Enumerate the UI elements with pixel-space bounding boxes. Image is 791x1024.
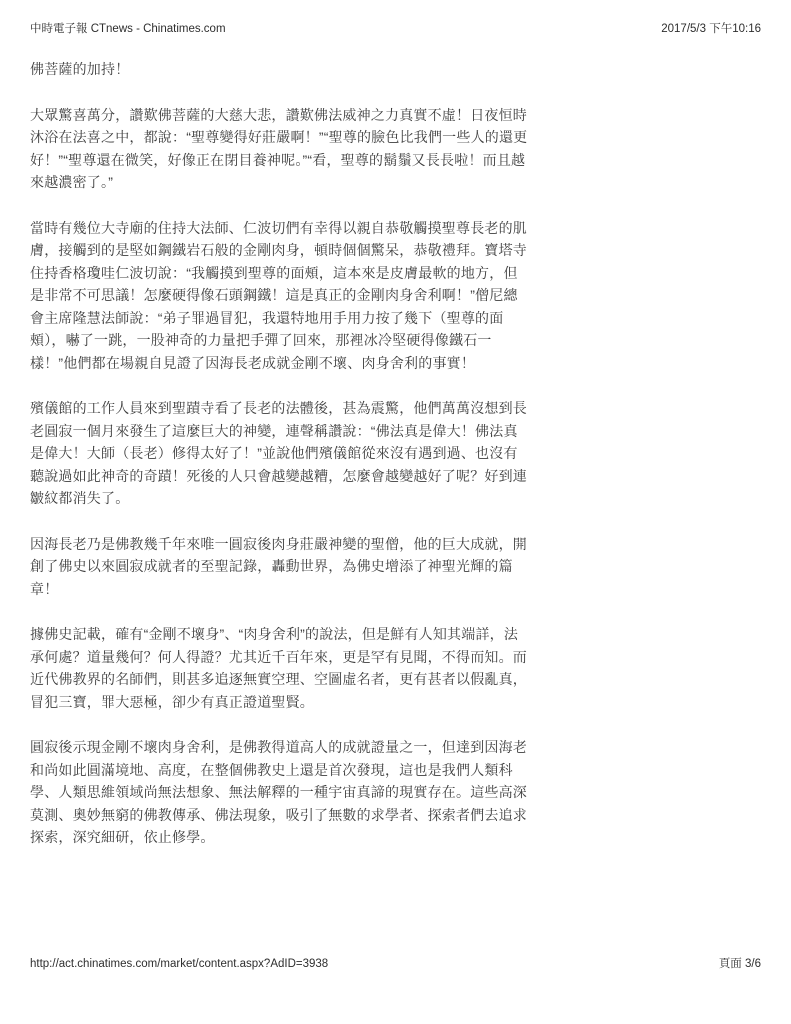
print-footer: http://act.chinatimes.com/market/content…: [30, 955, 761, 971]
print-timestamp: 2017/5/3 下午10:16: [661, 20, 761, 36]
article-paragraph: 殯儀館的工作人員來到聖蹟寺看了長老的法體後，甚為震驚，他們萬萬沒想到長老圓寂一個…: [30, 397, 529, 510]
article-paragraph: 圓寂後示現金剛不壞肉身舍利，是佛教得道高人的成就證量之一，但達到因海老和尚如此圓…: [30, 736, 529, 849]
print-header: 中時電子報 CTnews - Chinatimes.com 2017/5/3 下…: [30, 20, 761, 36]
article-paragraph: 據佛史記載，確有“金剛不壞身”、“肉身舍利”的說法，但是鮮有人知其端詳，法承何處…: [30, 623, 529, 713]
article-content: 佛菩薩的加持！ 大眾驚喜萬分，讚歎佛菩薩的大慈大悲，讚歎佛法威神之力真實不虛！日…: [30, 58, 529, 872]
page-indicator: 頁面 3/6: [719, 955, 761, 971]
article-paragraph: 因海長老乃是佛教幾千年來唯一圓寂後肉身莊嚴神變的聖僧，他的巨大成就，開創了佛史以…: [30, 533, 529, 601]
source-url: http://act.chinatimes.com/market/content…: [30, 958, 328, 970]
article-title: 佛菩薩的加持！: [30, 58, 529, 81]
article-paragraph: 當時有幾位大寺廟的住持大法師、仁波切們有幸得以親自恭敬觸摸聖尊長老的肌膚，接觸到…: [30, 217, 529, 375]
article-paragraph: 大眾驚喜萬分，讚歎佛菩薩的大慈大悲，讚歎佛法威神之力真實不虛！日夜恒時沐浴在法喜…: [30, 104, 529, 194]
site-title: 中時電子報 CTnews - Chinatimes.com: [30, 20, 226, 36]
